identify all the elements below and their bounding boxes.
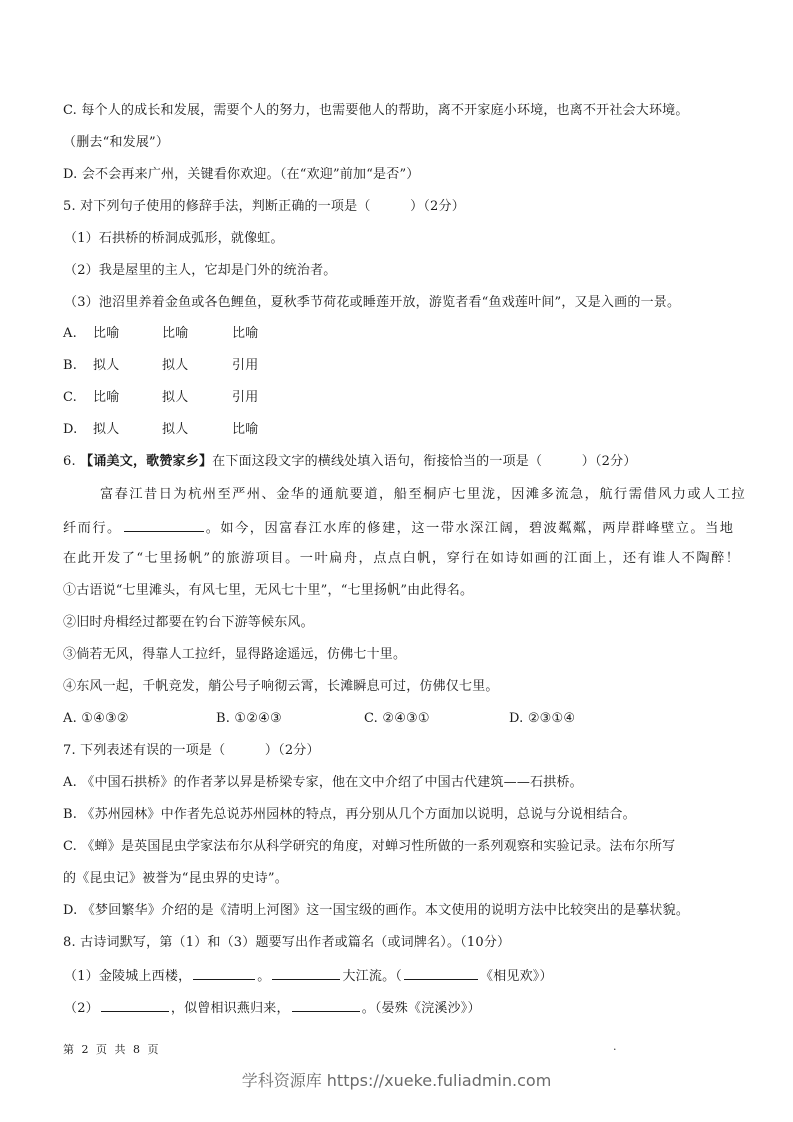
q7-option-d: D. 《梦回繁华》介绍的是《清明上河图》这一国宝级的画作。本文使用的说明方法中比… [63,903,689,919]
q5-sentence-2: （2）我是屋里的主人，它却是门外的统治者。 [64,263,336,279]
q8-item1-prefix: （1）金陵城上西楼， [64,969,191,984]
option-label: D. [63,422,93,438]
q8-item2-suffix: 。（晏殊《浣溪沙》） [362,1001,481,1016]
q6-sentence-4: ④东风一起，千帆竞发，艄公号子响彻云霄，长滩瞬息可过，仿佛仅七里。 [63,679,499,695]
q5-stem: 5. 对下列句子使用的修辞手法，判断正确的一项是（ ）（2分） [63,199,465,215]
q8-item2-prefix: （2） [64,1001,99,1016]
option-col-3: 引用 [232,358,258,374]
option-col-2: 比喻 [162,326,232,342]
q6-option-c: C. ②④③① [364,711,509,727]
q5-option-b: B.拟人拟人引用 [63,358,258,374]
q8-item2-mid1: ，似曾相识燕归来， [171,1001,290,1016]
q7-option-a: A. 《中国石拱桥》的作者茅以昇是桥梁专家，他在文中介绍了中国古代建筑——石拱桥… [63,775,583,791]
fill-blank[interactable] [124,519,204,532]
fill-blank[interactable] [292,999,360,1012]
q8-item-2: （2），似曾相识燕归来，。（晏殊《浣溪沙》） [64,999,481,1017]
footer-dot: . [613,1040,617,1053]
option-col-1: 拟人 [93,422,162,438]
option-col-1: 比喻 [93,390,162,406]
fill-blank[interactable] [101,999,169,1012]
q5-option-d: D.拟人拟人比喻 [63,422,258,438]
q6-passage-line3: 在此开发了“七里扬帆”的旅游项目。一叶扁舟，点点白帆，穿行在如诗如画的江面上，还… [63,551,740,567]
option-label: C. [63,390,93,406]
option-col-3: 比喻 [232,422,258,438]
q4-option-c-line1: C. 每个人的成长和发展，需要个人的努力，也需要他人的帮助，离不开家庭小环境，也… [63,103,689,119]
option-col-2: 拟人 [162,390,232,406]
q8-item1-suffix: 《相见欢》） [480,969,553,984]
exam-page: C. 每个人的成长和发展，需要个人的努力，也需要他人的帮助，离不开家庭小环境，也… [0,0,793,1122]
q6-sentence-2: ②旧时舟楫经过都要在钓台下游等候东风。 [63,615,314,631]
option-label: A. [63,326,93,342]
fill-blank[interactable] [404,967,478,980]
option-col-3: 引用 [232,390,258,406]
q7-stem: 7. 下列表述有误的一项是（ ）（2分） [63,743,320,759]
option-col-1: 拟人 [93,358,162,374]
q8-item-1: （1）金陵城上西楼，。大江流。（《相见欢》） [64,967,553,985]
fill-blank[interactable] [193,967,255,980]
q8-item1-mid2: 大江流。（ [342,969,402,984]
q6-tag: 【诵美文，歌赞家乡】 [80,454,212,469]
page-number: 第 2 页 共 8 页 [63,1041,160,1057]
q6-stem-text: 在下面这段文字的横线处填入语句，衔接恰当的一项是（ ）（2分） [212,454,636,469]
q6-option-a: A. ①④③② [63,711,216,727]
q6-option-b: B. ①②④③ [216,711,364,727]
option-col-3: 比喻 [232,326,258,342]
option-col-2: 拟人 [162,422,232,438]
q5-option-c: C.比喻拟人引用 [63,390,258,406]
q7-option-b: B. 《苏州园林》中作者先总说苏州园林的特点，再分别从几个方面加以说明，总说与分… [63,807,636,823]
q5-option-a: A.比喻比喻比喻 [63,326,258,342]
option-col-1: 比喻 [93,326,162,342]
q6-sentence-3: ③倘若无风，得靠人工拉纤，显得路途遥远，仿佛七十里。 [63,647,406,663]
q6-option-d: D. ②③①④ [509,711,575,727]
passage-text: 纤而行。 [63,521,122,536]
q7-option-c-line2: 的《昆虫记》被誉为“昆虫界的史诗”。 [63,871,288,887]
q7-option-c-line1: C. 《蝉》是英国昆虫学家法布尔从科学研究的角度，对蝉习性所做的一系列观察和实验… [63,839,675,855]
q6-passage-line2: 纤而行。。如今，因富春江水库的修建，这一带水深江阔，碧波粼粼，两岸群峰壁立。当地 [63,519,735,537]
fill-blank[interactable] [272,967,340,980]
q8-item1-mid1: 。 [257,969,270,984]
q6-stem: 6. 【诵美文，歌赞家乡】在下面这段文字的横线处填入语句，衔接恰当的一项是（ ）… [63,454,637,470]
passage-text: 。如今，因富春江水库的修建，这一带水深江阔，碧波粼粼，两岸群峰壁立。当地 [206,521,735,536]
q4-option-d: D. 会不会再来广州，关键看你欢迎。（在“欢迎”前加“是否”） [63,167,420,183]
option-col-2: 拟人 [162,358,232,374]
q8-stem: 8. 古诗词默写，第（1）和（3）题要写出作者或篇名（或词牌名）。（10分） [63,935,510,951]
q6-sentence-1: ①古语说“七里滩头，有风七里，无风七十里”，“七里扬帆”由此得名。 [63,583,473,599]
q4-option-c-line2: （删去“和发展”） [63,135,169,151]
watermark: 学科资源库 https://xueke.fuliadmin.com [0,1068,793,1091]
q5-sentence-3: （3）池沼里养着金鱼或各色鲤鱼，夏秋季节荷花或睡莲开放，游览者看“鱼戏莲叶间”，… [64,295,680,311]
q6-number: 6. [63,454,76,469]
q6-options: A. ①④③②B. ①②④③C. ②④③①D. ②③①④ [63,711,575,727]
q6-passage-line1: 富春江昔日为杭州至严州、金华的通航要道，船至桐庐七里泷，因滩多流急，航行需借风力… [100,487,746,503]
option-label: B. [63,358,93,374]
q5-sentence-1: （1）石拱桥的桥洞成弧形，就像虹。 [64,231,284,247]
